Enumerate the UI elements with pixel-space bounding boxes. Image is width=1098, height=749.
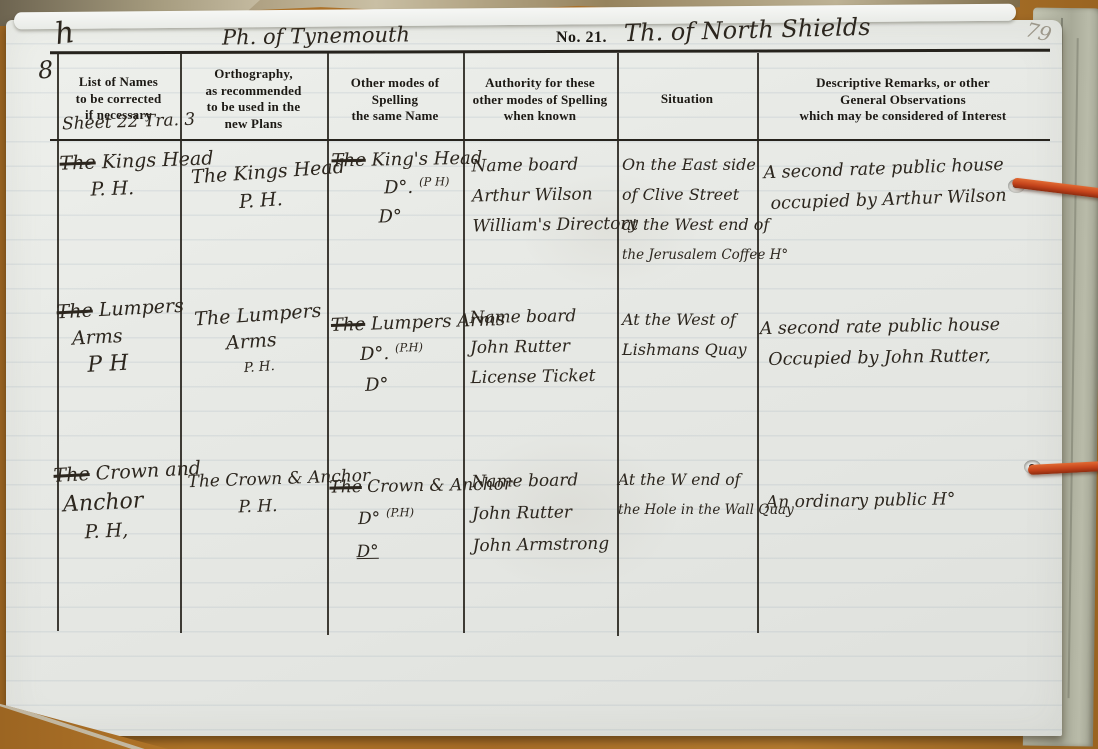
struck-word: The (329, 477, 362, 498)
table-row-2-names-cell: The Lumpers Arms P H (56, 293, 187, 381)
table-row-2-situation-cell: At the West of Lishmans Quay (622, 305, 747, 365)
ph-abbreviation: (P.H) (395, 340, 424, 355)
page-number-left-margin: 8 (37, 55, 55, 84)
parish-title-handwritten: Ph. of Tynemouth (222, 22, 410, 49)
header-separator-rule (50, 139, 1050, 141)
sheet-number-label: No. 21. (556, 29, 607, 47)
ph-abbreviation: (P.H) (386, 505, 414, 519)
struck-word: The (59, 151, 96, 174)
table-row-3-names-cell: The Crown and Anchor P. H, (53, 454, 205, 549)
table-row-2-authority-cell: Name board John Rutter License Ticket (469, 301, 595, 393)
table-row-1-orthography-cell: The Kings Head P. H. (190, 153, 348, 220)
table-row-2-remarks-cell: A second rate public house Occupied by J… (759, 310, 1000, 376)
column-divider-4 (617, 53, 619, 636)
struck-word: The (331, 314, 366, 336)
table-row-3-authority-cell: Name board John Rutter John Armstrong (471, 464, 609, 562)
struck-word: The (331, 150, 366, 172)
struck-word: The (53, 463, 90, 487)
column-header-other-spellings: Other modes of Spelling the same Name (327, 75, 463, 125)
column-divider-5 (757, 53, 759, 633)
column-header-authority: Authority for these other modes of Spell… (463, 75, 617, 125)
column-header-remarks: Descriptive Remarks, or other General Ob… (757, 75, 1049, 125)
scanned-name-book-page: h Ph. of Tynemouth No. 21. Th. of North … (0, 0, 1098, 749)
table-row-2-orthography-cell: The Lumpers Arms P. H. (193, 298, 325, 385)
table-row-1-authority-cell: Name board Arthur Wilson William's Direc… (471, 149, 638, 242)
struck-word: The (56, 299, 93, 323)
column-divider-2 (327, 53, 329, 635)
table-row-3-remarks-cell: An ordinary public H° (766, 484, 956, 517)
column-header-situation: Situation (617, 91, 757, 108)
table-row-1-remarks-cell: A second rate public house occupied by A… (763, 150, 1007, 220)
table-row-1-other-spelling-cell: The King's Head D°.(P H) D° (331, 145, 483, 233)
ph-abbreviation: (P H) (419, 174, 450, 189)
column-header-orthography: Orthography, as recommended to be used i… (180, 66, 327, 132)
